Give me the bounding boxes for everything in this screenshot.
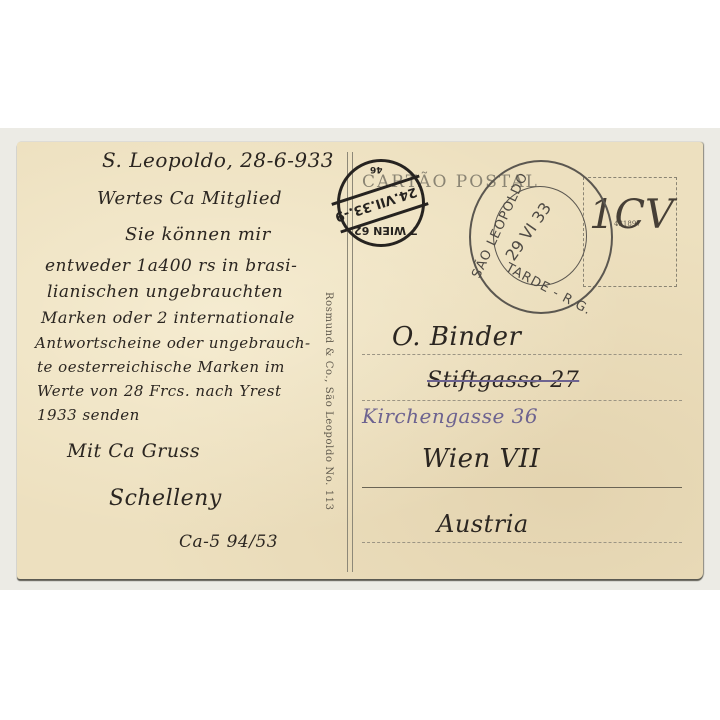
salutation: Wertes Ca Mitglied	[97, 188, 282, 209]
address-name: O. Binder	[392, 322, 521, 352]
address-country: Austria	[437, 510, 529, 538]
address-correction: Kirchengasse 36	[362, 404, 538, 428]
message-line: te oesterreichische Marken im	[37, 358, 285, 376]
address-line	[362, 542, 682, 543]
publisher-imprint: Rosmund & Co., São Leopoldo No. 113	[323, 292, 334, 552]
message-line: Antwortscheine oder ungebrauch-	[35, 334, 311, 352]
address-line	[362, 487, 682, 488]
message-line: entweder 1a400 rs in brasi-	[45, 256, 297, 276]
postmark-city: 7 WIEN 62	[354, 224, 418, 237]
signature: Schelleny	[109, 486, 222, 511]
address-street-struck: Stiftgasse 27	[427, 368, 579, 393]
postmark-top: 46	[370, 164, 383, 174]
message-line: lianischen ungebrauchten	[47, 282, 283, 302]
address-line	[362, 354, 682, 355]
message-line: Sie können mir	[125, 224, 271, 245]
place-date: S. Leopoldo, 28-6-933	[102, 148, 334, 172]
reference-note: Ca-5 94/53	[179, 532, 278, 552]
closing: Mit Ca Gruss	[67, 440, 200, 462]
message-line: 1933 senden	[37, 406, 140, 424]
postcard: S. Leopoldo, 28-6-933 Wertes Ca Mitglied…	[17, 142, 703, 579]
sao-leopoldo-postmark: SÃO LEOPOLDO 29 VI 33 TARDE - R.G.	[469, 160, 613, 314]
message-line: Werte von 28 Frcs. nach Yrest	[37, 382, 282, 400]
message-line: Marken oder 2 internationale	[41, 308, 295, 327]
address-city: Wien VII	[422, 444, 540, 474]
address-line	[362, 400, 682, 401]
wien-postmark: 46 24.VII.33.-9 7 WIEN 62	[337, 159, 425, 247]
